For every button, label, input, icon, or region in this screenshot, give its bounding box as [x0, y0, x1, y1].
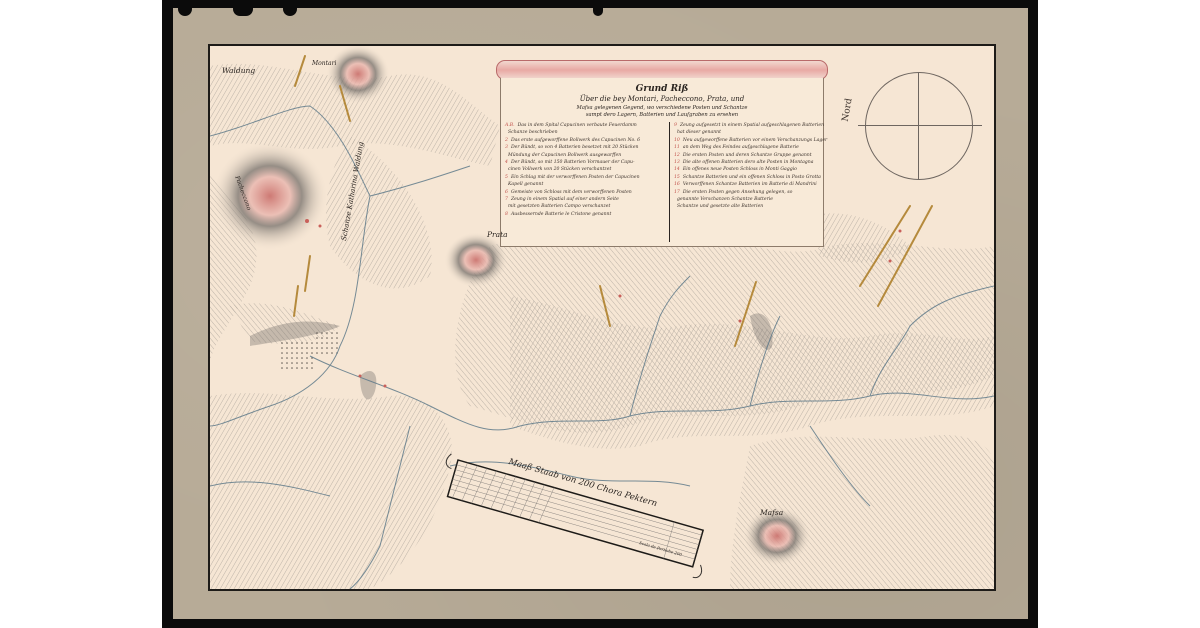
- place-label-montari: Montari: [312, 60, 336, 67]
- legend-item: A.B.Das in dem Spital Capucinen verbaute…: [505, 122, 663, 129]
- legend-item: 12Die ersten Posten und deren Schantze G…: [674, 152, 832, 159]
- legend-item: 15Schantze Batterien und ein offenen Sch…: [674, 174, 832, 181]
- legend-item: cinen Vollwerk von 20 Stücken verschantz…: [505, 166, 663, 173]
- legend-item: 5Ein Schlag mit der verworffenen Posten …: [505, 174, 663, 181]
- compass-east-west-line: [858, 125, 982, 126]
- cartouche-line3: Mafsa gelegenen Gegend, wo verschiedene …: [501, 105, 823, 111]
- legend-item: 14Ein offenes neue Posten Schloss in Mon…: [674, 166, 832, 173]
- legend-item: 2Das erste aufgeworffene Bollwerk des Ca…: [505, 137, 663, 144]
- legend-item: Schantze und gesetzte alte Batterien: [674, 203, 832, 210]
- scroll-roll: [496, 60, 828, 80]
- cartouche-subtitle: Über die bey Montari, Pacheccono, Prata,…: [501, 95, 823, 103]
- legend-item: Mündung der Capucinen Bollwerk ausgewarf…: [505, 152, 663, 159]
- legend-item: Kapell genannt: [505, 181, 663, 188]
- legend-item: 4Der Bündt, so mit 150 Batterien Vormaue…: [505, 159, 663, 166]
- legend-right-column: 9Zeung aufgesetzt in einem Spatial aufge…: [669, 122, 832, 242]
- legend-item: 11an dem Weg des Feindes aufgeschlagene …: [674, 144, 832, 151]
- title-cartouche: Grund Riß Über die bey Montari, Pachecco…: [492, 58, 836, 248]
- legend-item: 17Die ersten Posten gegen Ansehung geleg…: [674, 189, 832, 196]
- legend-item: 8Ausbessernde Batterie le Cristone genan…: [505, 211, 663, 218]
- cartouche-title: Grund Riß: [501, 84, 823, 94]
- place-label-waldung: Waldung: [222, 66, 255, 75]
- legend-item: 3Der Bündt, so von 4 Batterien besetzet …: [505, 144, 663, 151]
- legend-item: 6Gemeiste von Schloss mit dem verworffen…: [505, 189, 663, 196]
- legend-item: hat dieser genannt: [674, 129, 832, 136]
- place-label-mafsa: Mafsa: [760, 508, 783, 517]
- legend-item: genannte Verschanzen Schantze Batterie: [674, 196, 832, 203]
- compass-rose: Nord: [865, 72, 973, 180]
- compass-north-south-line: [918, 73, 919, 179]
- place-label-prata: Prata: [487, 230, 508, 239]
- legend-item: 10Neu aufgeworffene Batterien vor einem …: [674, 137, 832, 144]
- cartouche-paper: Grund Riß Über die bey Montari, Pachecco…: [500, 78, 824, 247]
- cartouche-line4: sampt dero Lagern, Batterien und Laufgra…: [501, 112, 823, 118]
- legend-item: 7Zeung in einem Spatial auf einer andern…: [505, 196, 663, 203]
- legend-item: mit gesetzten Batterien Campo verschanze…: [505, 203, 663, 210]
- legend-item: 13Die alte offenen Batterien dero alte P…: [674, 159, 832, 166]
- legend-item: 9Zeung aufgesetzt in einem Spatial aufge…: [674, 122, 832, 129]
- legend-item: Schanze beschrieben: [505, 129, 663, 136]
- legend-left-column: A.B.Das in dem Spital Capucinen verbaute…: [505, 122, 663, 218]
- scale-bar-graphic: [434, 453, 714, 579]
- legend-item: 16Verworffenen Schantze Batterien im Bat…: [674, 181, 832, 188]
